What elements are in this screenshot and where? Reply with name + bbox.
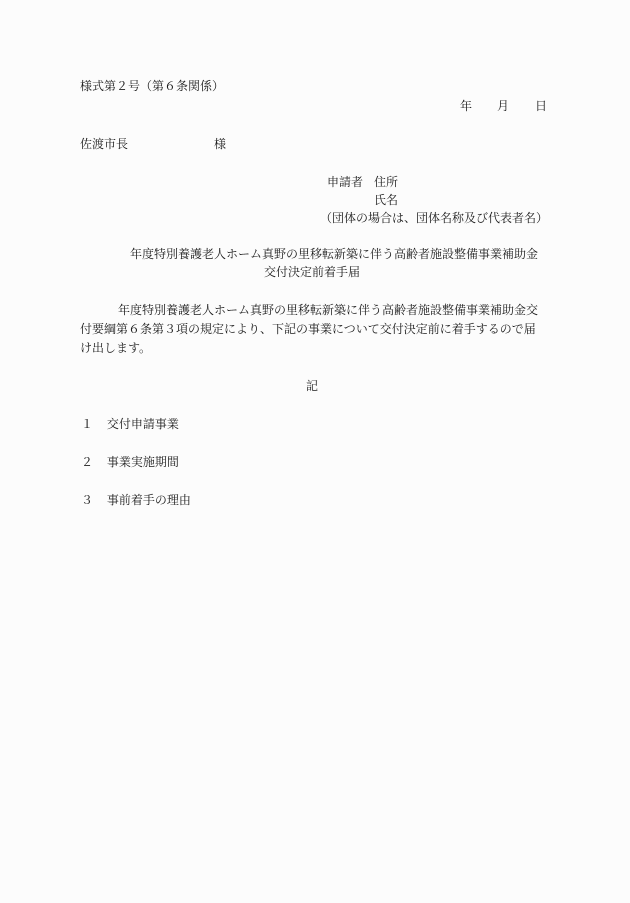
item-number: １ [81,418,103,430]
list-item: ２ 事業実施期間 [81,456,179,468]
item-number: ３ [81,494,103,506]
body-text-line-1: 年度特別養護老人ホーム真野の里移転新築に伴う高齢者施設整備事業補助金交 [118,304,538,316]
applicant-note: （団体の場合は、団体名称及び代表者名） [320,212,548,224]
item-label: 事前着手の理由 [107,493,191,507]
item-label: 交付申請事業 [107,417,179,431]
date-year-label: 年 [460,100,472,112]
item-label: 事業実施期間 [107,455,179,469]
ki-heading: 記 [306,380,318,392]
applicant-address-label: 住所 [374,176,398,188]
item-number: ２ [81,456,103,468]
date-month-label: 月 [497,100,509,112]
body-text-line-3: け出します。 [80,342,151,354]
list-item: １ 交付申請事業 [81,418,179,430]
body-text-line-2: 付要綱第６条第３項の規定により、下記の事業について交付決定前に着手するので届 [80,323,536,335]
addressee-honorific: 様 [214,138,226,150]
document-title-line-1: 年度特別養護老人ホーム真野の里移転新築に伴う高齢者施設整備事業補助金 [130,248,538,260]
addressee-name: 佐渡市長 [80,138,128,150]
form-number: 様式第２号（第６条関係） [80,80,224,92]
list-item: ３ 事前着手の理由 [81,494,191,506]
date-day-label: 日 [535,100,547,112]
applicant-name-label: 氏名 [374,194,398,206]
document-title-line-2: 交付決定前着手届 [264,266,360,278]
applicant-label: 申請者 [327,176,363,188]
